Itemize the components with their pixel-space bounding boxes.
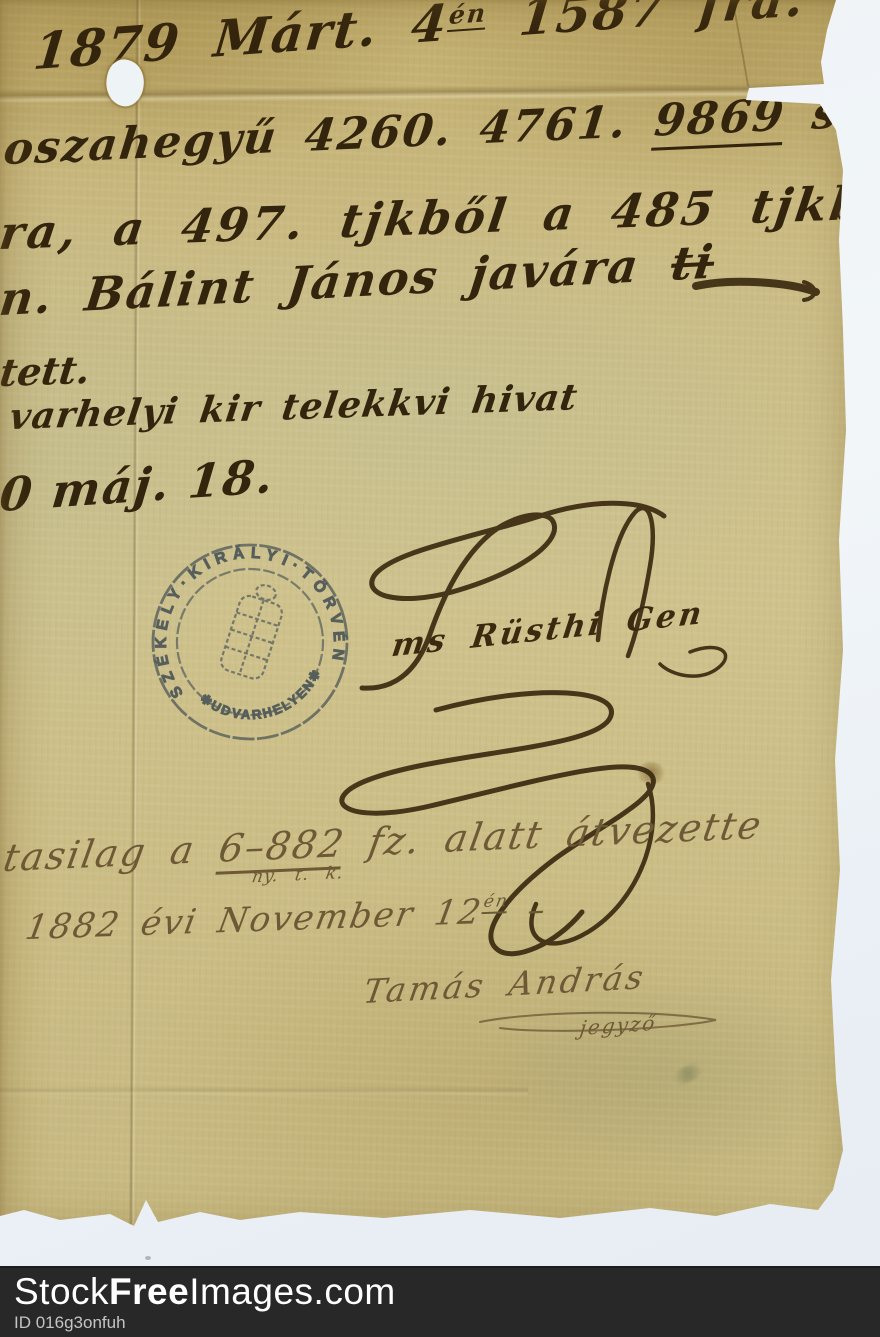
seal-ring-text-top: SZÉKELY·KIRÁLYI·TÖRVÉNYSZÉK: [148, 540, 352, 709]
aged-paper-sheet: SZÉKELY·KIRÁLYI·TÖRVÉNYSZÉK ✱UDVARHELYEN…: [0, 0, 852, 1232]
date-heading-end: 1587 fra.: [483, 0, 808, 50]
crossed-out-dash: [696, 282, 816, 292]
signature-upper-flourish: [362, 503, 664, 688]
royal-court-seal-stamp: SZÉKELY·KIRÁLYI·TÖRVÉNYSZÉK ✱UDVARHELYEN…: [148, 540, 352, 744]
ink-flourishes-layer: [0, 0, 852, 1232]
date-heading-line: 1879 Márt. 4én 1587 fra.: [31, 0, 808, 81]
clerk-signature-underline: [480, 1013, 716, 1031]
paper-tear-crack: [733, 2, 748, 86]
ordinal-superscript: én: [447, 0, 488, 32]
struck-word: ti: [668, 234, 717, 291]
november-ordinal-superscript: én: [482, 891, 511, 914]
line-tett: tett.: [0, 347, 93, 395]
parcel-numbers-line: oszahegyű 4260. 4761. 9869 s 98692: [1, 80, 880, 175]
signature-ascender-loop: [598, 508, 653, 656]
seal-outer-ring: [148, 540, 352, 744]
certification-note-end: fz. alatt átvezette: [341, 803, 766, 866]
underlined-number-1: 9869: [651, 90, 788, 151]
stock-free-images-logo: StockFreeImages.com: [14, 1273, 880, 1312]
may-date-line: 0 máj. 18.: [0, 449, 277, 523]
vertical-fold-crease: [129, 0, 141, 1228]
faint-lower-crease: [0, 1086, 528, 1096]
underlined-register-number: 6–882: [215, 821, 349, 875]
land-office-line: varhelyi kir telekkvi hivat: [7, 376, 581, 438]
parcel-numbers-start: oszahegyű 4260. 4761.: [1, 95, 658, 175]
seal-ring-text-bottom: ✱UDVARHELYEN✱: [195, 662, 331, 736]
torn-hole: [101, 56, 149, 110]
clerk-title-scribble: jegyző: [578, 1010, 658, 1040]
november-date-text: 1882 évi November 12: [22, 892, 485, 948]
brand-suffix: Images.com: [189, 1271, 396, 1312]
beneficiary-name-text: n. Bálint János javára: [0, 237, 675, 327]
clerk-signature: Tamás András: [361, 957, 649, 1011]
dust-speck: [145, 1256, 151, 1260]
signature-descender-tail: [531, 784, 652, 943]
dash-hook: [804, 282, 815, 300]
ink-stain: [636, 762, 666, 784]
certification-note-start: tasilag a: [0, 826, 223, 880]
image-id: ID 016g3onfuh: [14, 1313, 880, 1333]
signature-lower-flourish: [342, 693, 654, 954]
signature-middle-text: ms Rüsthi Gen: [389, 595, 706, 665]
horizontal-fold-crease: [0, 82, 852, 103]
smudge-mark: [667, 1057, 710, 1091]
transfer-certification-note: tasilag a 6–882ny. t. k. fz. alatt átvez…: [0, 803, 766, 880]
parcel-numbers-mid: s: [782, 86, 869, 141]
november-date-note: 1882 évi November 12én –: [22, 890, 550, 948]
seal-coat-of-arms: [219, 579, 290, 681]
photo-of-antique-document: SZÉKELY·KIRÁLYI·TÖRVÉNYSZÉK ✱UDVARHELYEN…: [0, 0, 880, 1337]
seal-inner-ring: [162, 554, 339, 731]
folio-transfer-line: ra, a 497. tjkből a 485 tjkbe: [0, 175, 880, 261]
beneficiary-line: n. Bálint János javára ti: [0, 234, 718, 326]
brand-bold: Free: [109, 1271, 189, 1312]
brand-prefix: Stock: [14, 1271, 109, 1312]
underlined-number-2: 9869: [863, 80, 880, 141]
register-abbreviation: ny. t. k.: [250, 863, 345, 887]
signature-end-swoosh: [660, 647, 726, 676]
november-date-dash: –: [504, 890, 551, 932]
date-heading-start: 1879 Márt. 4: [31, 0, 452, 81]
watermark-bar: StockFreeImages.com ID 016g3onfuh: [0, 1266, 880, 1337]
